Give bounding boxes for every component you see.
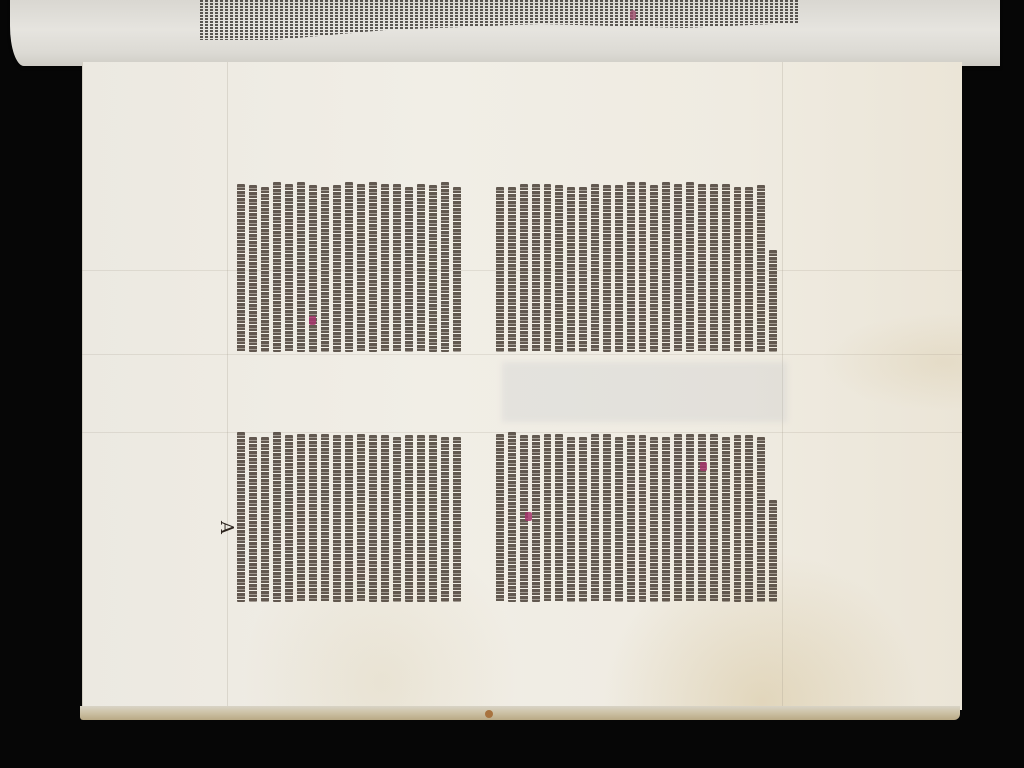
text-line bbox=[345, 435, 353, 602]
text-line bbox=[369, 435, 377, 602]
text-line bbox=[261, 437, 269, 602]
text-line bbox=[309, 185, 317, 352]
text-line bbox=[603, 434, 611, 602]
text-line bbox=[686, 434, 694, 602]
text-line bbox=[393, 437, 401, 602]
text-line bbox=[417, 184, 425, 352]
text-line bbox=[615, 185, 623, 352]
text-line bbox=[237, 184, 245, 352]
rubric-mark bbox=[309, 316, 316, 325]
text-line bbox=[453, 187, 461, 352]
text-line bbox=[745, 435, 753, 602]
text-line bbox=[309, 434, 317, 602]
rubric-mark bbox=[525, 512, 532, 521]
text-line bbox=[237, 432, 245, 602]
rubric-mark bbox=[700, 462, 707, 471]
text-line bbox=[357, 434, 365, 602]
text-line bbox=[757, 185, 765, 352]
text-line bbox=[639, 435, 647, 602]
text-line bbox=[698, 184, 706, 352]
photo-scene: A bbox=[0, 0, 1024, 768]
text-line bbox=[555, 185, 563, 352]
page-fore-edge bbox=[80, 706, 960, 720]
text-line bbox=[757, 437, 765, 602]
text-line bbox=[249, 185, 257, 352]
text-line bbox=[453, 437, 461, 602]
text-line bbox=[544, 184, 552, 352]
text-line bbox=[441, 182, 449, 352]
text-line bbox=[441, 437, 449, 602]
text-line bbox=[381, 435, 389, 602]
text-line bbox=[627, 435, 635, 602]
column-a-upper-text bbox=[235, 182, 465, 352]
text-line bbox=[769, 250, 777, 352]
text-line bbox=[321, 187, 329, 352]
text-line bbox=[297, 434, 305, 602]
facing-leaf-rubric bbox=[630, 10, 636, 20]
text-line bbox=[249, 437, 257, 602]
edge-stain bbox=[485, 710, 493, 718]
facing-leaf bbox=[10, 0, 1000, 66]
text-line bbox=[520, 184, 528, 352]
text-line bbox=[429, 185, 437, 352]
text-line bbox=[321, 434, 329, 602]
manuscript-page: A bbox=[82, 62, 962, 710]
text-line bbox=[297, 182, 305, 352]
text-line bbox=[603, 185, 611, 352]
text-line bbox=[650, 185, 658, 352]
text-line bbox=[345, 182, 353, 352]
text-line bbox=[710, 434, 718, 602]
text-line bbox=[285, 435, 293, 602]
ruling-line bbox=[82, 354, 962, 355]
decorated-initial: A bbox=[216, 521, 237, 534]
text-line bbox=[579, 187, 587, 352]
text-line bbox=[405, 187, 413, 352]
text-line bbox=[532, 184, 540, 352]
text-line bbox=[555, 434, 563, 602]
text-line bbox=[273, 182, 281, 352]
text-line bbox=[333, 435, 341, 602]
text-line bbox=[662, 182, 670, 352]
text-line bbox=[627, 182, 635, 352]
column-b-lower-text bbox=[494, 432, 779, 602]
text-line bbox=[734, 435, 742, 602]
facing-leaf-text bbox=[200, 0, 820, 40]
text-line bbox=[650, 437, 658, 602]
text-line bbox=[544, 434, 552, 602]
text-line bbox=[405, 435, 413, 602]
text-line bbox=[734, 187, 742, 352]
text-line bbox=[698, 434, 706, 602]
text-line bbox=[674, 434, 682, 602]
column-gap bbox=[502, 362, 787, 422]
text-line bbox=[615, 437, 623, 602]
text-line bbox=[662, 437, 670, 602]
text-line bbox=[591, 184, 599, 352]
text-line bbox=[273, 432, 281, 602]
text-line bbox=[285, 184, 293, 352]
text-line bbox=[710, 184, 718, 352]
text-line bbox=[567, 187, 575, 352]
column-a-lower-text bbox=[235, 432, 465, 602]
text-line bbox=[508, 432, 516, 602]
text-line bbox=[722, 437, 730, 602]
text-line bbox=[496, 187, 504, 352]
text-line bbox=[496, 434, 504, 602]
text-line bbox=[357, 184, 365, 352]
text-line bbox=[686, 182, 694, 352]
text-line bbox=[261, 187, 269, 352]
text-line bbox=[508, 187, 516, 352]
text-line bbox=[639, 182, 647, 352]
ruling-line bbox=[227, 62, 228, 710]
text-line bbox=[745, 187, 753, 352]
text-line bbox=[722, 184, 730, 352]
text-line bbox=[417, 435, 425, 602]
text-line bbox=[579, 437, 587, 602]
text-line bbox=[532, 435, 540, 602]
text-line bbox=[591, 434, 599, 602]
column-b-upper-text bbox=[494, 182, 779, 352]
text-line bbox=[769, 500, 777, 602]
text-line bbox=[333, 185, 341, 352]
text-line bbox=[567, 437, 575, 602]
text-line bbox=[381, 184, 389, 352]
text-line bbox=[674, 184, 682, 352]
text-line bbox=[429, 435, 437, 602]
text-line bbox=[393, 184, 401, 352]
text-line bbox=[369, 182, 377, 352]
